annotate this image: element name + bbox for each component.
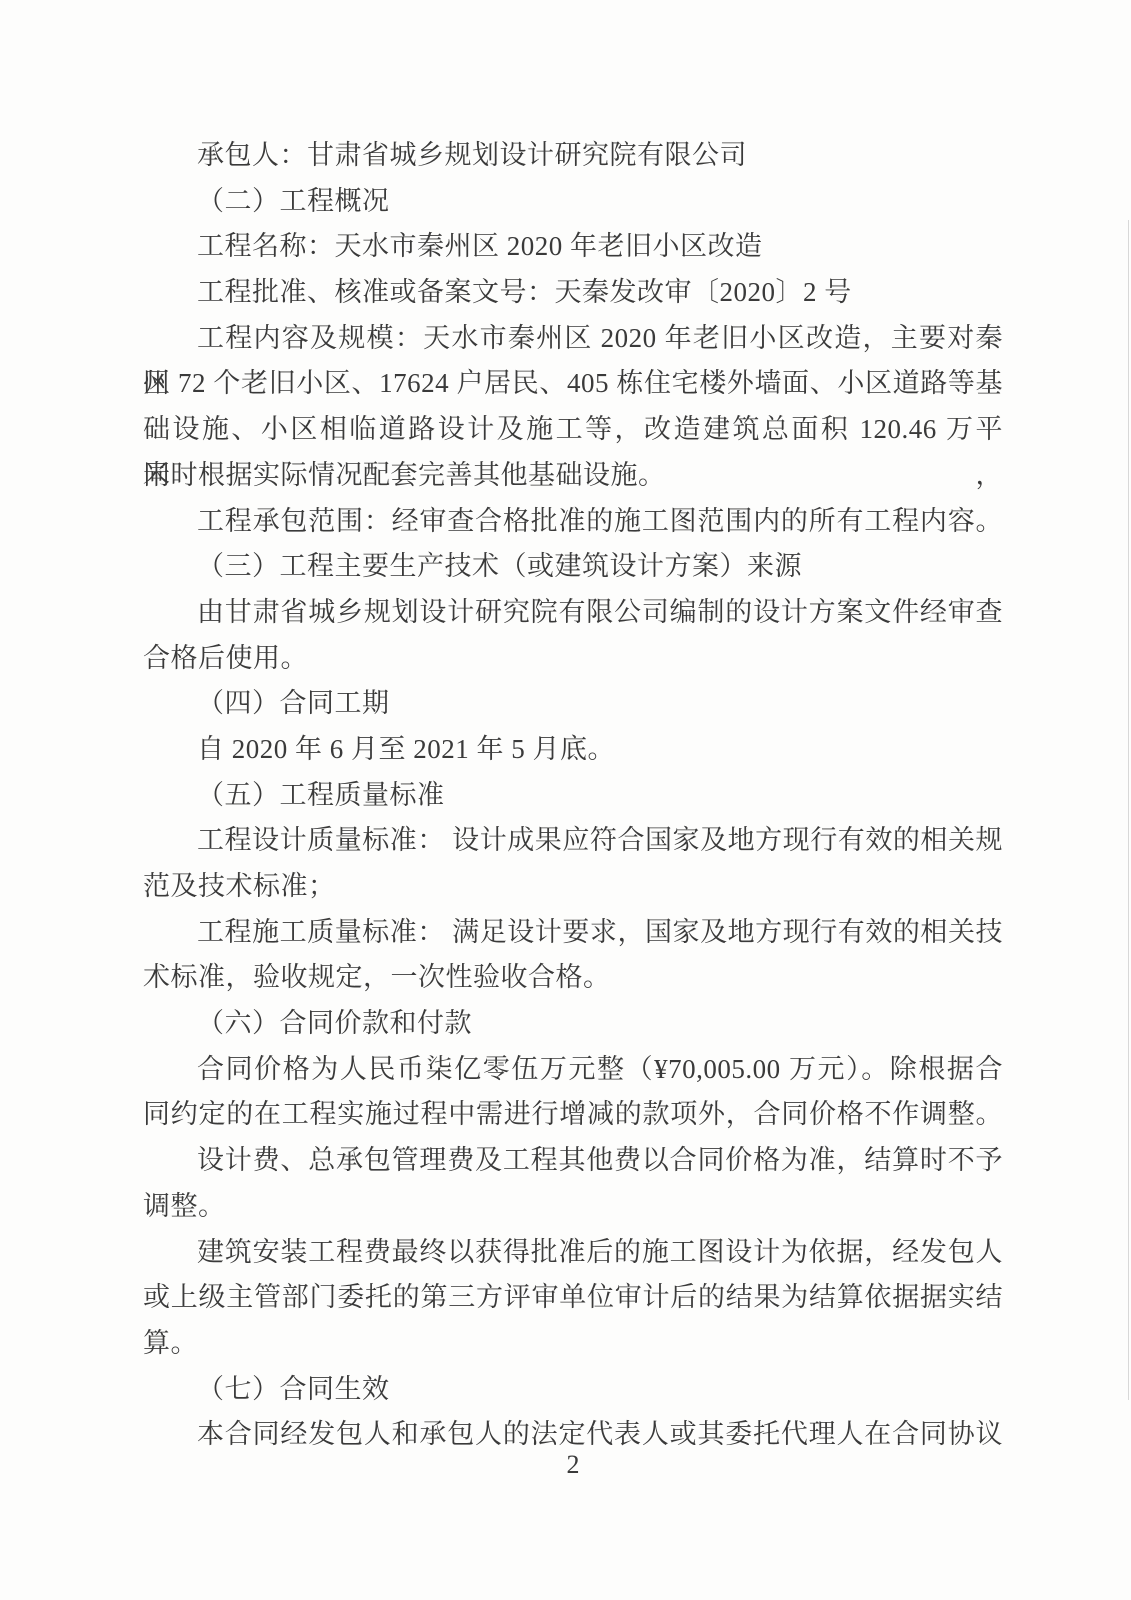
text-line: （六）合同价款和付款 xyxy=(143,1001,1003,1047)
text-line: 建筑安装工程费最终以获得批准后的施工图设计为依据，经发包人 xyxy=(143,1230,1003,1276)
text-line: （四）合同工期 xyxy=(143,681,1003,727)
text-line: 术标准，验收规定，一次性验收合格。 xyxy=(143,955,1003,1001)
text-line: 由甘肃省城乡规划设计研究院有限公司编制的设计方案文件经审查 xyxy=(143,590,1003,636)
text-line: 合格后使用。 xyxy=(143,636,1003,682)
document-page: 承包人：甘肃省城乡规划设计研究院有限公司（二）工程概况工程名称：天水市秦州区 2… xyxy=(0,0,1131,1600)
text-line: 算。 xyxy=(143,1321,1003,1367)
document-body: 承包人：甘肃省城乡规划设计研究院有限公司（二）工程概况工程名称：天水市秦州区 2… xyxy=(143,133,1003,1458)
text-line: 工程设计质量标准： 设计成果应符合国家及地方现行有效的相关规 xyxy=(143,818,1003,864)
text-line: 工程内容及规模：天水市秦州区 2020 年老旧小区改造，主要对秦州 xyxy=(143,316,1003,362)
text-line: 合同价格为人民币柒亿零伍万元整（¥70,005.00 万元）。除根据合 xyxy=(143,1047,1003,1093)
page-number: 2 xyxy=(143,1448,1003,1482)
text-line: 工程名称：天水市秦州区 2020 年老旧小区改造 xyxy=(143,224,1003,270)
text-line: 础设施、小区相临道路设计及施工等，改造建筑总面积 120.46 万平米， xyxy=(143,407,1003,453)
text-line: 承包人：甘肃省城乡规划设计研究院有限公司 xyxy=(143,133,1003,179)
text-line: （五）工程质量标准 xyxy=(143,773,1003,819)
text-line: 同约定的在工程实施过程中需进行增减的款项外，合同价格不作调整。 xyxy=(143,1092,1003,1138)
text-line: 区 72 个老旧小区、17624 户居民、405 栋住宅楼外墙面、小区道路等基 xyxy=(143,361,1003,407)
text-line: 工程承包范围：经审查合格批准的施工图范围内的所有工程内容。 xyxy=(143,499,1003,545)
text-line: （三）工程主要生产技术（或建筑设计方案）来源 xyxy=(143,544,1003,590)
text-line: （二）工程概况 xyxy=(143,179,1003,225)
text-line: 工程施工质量标准： 满足设计要求，国家及地方现行有效的相关技 xyxy=(143,910,1003,956)
text-line: 调整。 xyxy=(143,1184,1003,1230)
text-line: 设计费、总承包管理费及工程其他费以合同价格为准，结算时不予 xyxy=(143,1138,1003,1184)
scan-edge-artifact xyxy=(1128,220,1129,1400)
text-line: （七）合同生效 xyxy=(143,1367,1003,1413)
text-line: 范及技术标准； xyxy=(143,864,1003,910)
text-line: 自 2020 年 6 月至 2021 年 5 月底。 xyxy=(143,727,1003,773)
text-line: 或上级主管部门委托的第三方评审单位审计后的结果为结算依据据实结 xyxy=(143,1275,1003,1321)
text-line: 工程批准、核准或备案文号：天秦发改审〔2020〕2 号 xyxy=(143,270,1003,316)
